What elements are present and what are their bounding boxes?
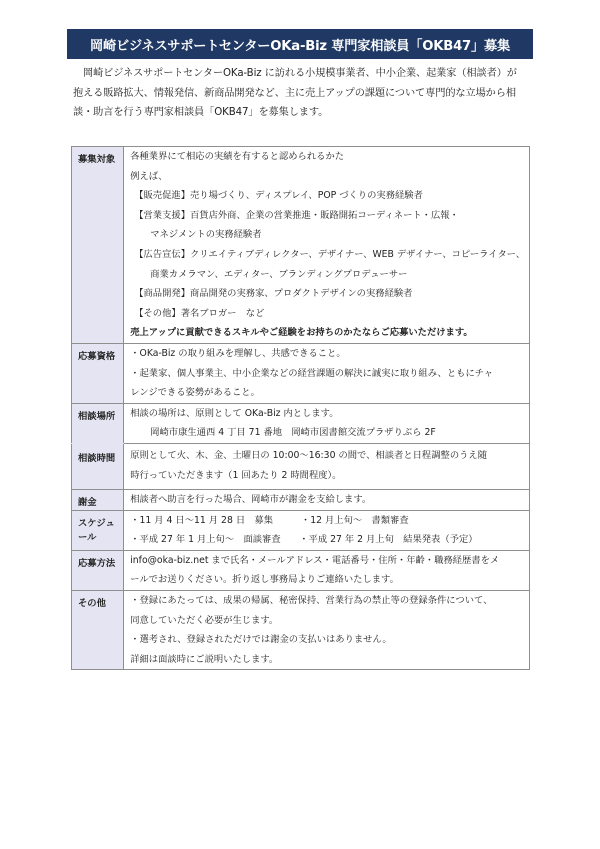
- content-line: 商業カメラマン、エディター、ブランディングプロデューサー: [130, 265, 525, 285]
- content-line: ・登録にあたっては、成果の帰属、秘密保持、営業行為の禁止等の登録条件について、: [130, 591, 525, 611]
- table-row-other: その他 ・登録にあたっては、成果の帰属、秘密保持、営業行為の禁止等の登録条件につ…: [72, 591, 530, 670]
- recruitment-table: 募集対象 各種業界にて相応の実績を有すると認められるかた 例えば、 【販売促進】…: [71, 146, 530, 670]
- content-line: 【営業支援】百貨店外商、企業の営業推進・販路開拓コーディネート・広報・: [130, 206, 525, 226]
- content-line: ・OKa-Biz の取り組みを理解し、共感できること。: [130, 344, 525, 364]
- row-content: 相談者へ助言を行った場合、岡崎市が謝金を支給します。: [124, 490, 530, 511]
- content-line: 原則として火、木、金、土曜日の 10:00～16:30 の間で、相談者と日程調整…: [130, 446, 525, 466]
- content-line: 時行っていただきます（1 回あたり 2 時間程度）。: [130, 466, 525, 486]
- table-row-hours: 相談時間 原則として火、木、金、土曜日の 10:00～16:30 の間で、相談者…: [72, 443, 530, 489]
- page-title: 岡崎ビジネスサポートセンターOKa-Biz 専門家相談員「OKB47」募集: [67, 29, 533, 59]
- content-line: 【その他】著名ブロガー など: [130, 304, 525, 324]
- row-label: 応募方法: [72, 550, 124, 590]
- row-label: 謝金: [72, 490, 124, 511]
- content-line: マネジメントの実務経験者: [130, 225, 525, 245]
- row-content: ・11 月 4 日～11 月 28 日 募集 ・12 月上旬～ 書類審査 ・平成…: [124, 510, 530, 550]
- content-line-email: info@oka-biz.net まで氏名・メールアドレス・電話番号・住所・年齢…: [130, 551, 525, 571]
- row-content: 各種業界にて相応の実績を有すると認められるかた 例えば、 【販売促進】売り場づく…: [124, 147, 530, 344]
- content-line: 相談の場所は、原則として OKa-Biz 内とします。: [130, 404, 525, 424]
- content-line: 【広告宣伝】クリエイティブディレクター、デザイナー、WEB デザイナー、コピーラ…: [130, 245, 525, 265]
- content-line: ールでお送りください。折り返し事務局よりご連絡いたします。: [130, 570, 525, 590]
- intro-line: 談・助言を行う専門家相談員「OKB47」を募集します。: [73, 103, 533, 123]
- content-line: ・選考され、登録されただけでは謝金の支払いはありません。: [130, 630, 525, 650]
- table-row-target: 募集対象 各種業界にて相応の実績を有すると認められるかた 例えば、 【販売促進】…: [72, 147, 530, 344]
- content-line: 岡崎市康生通西 4 丁目 71 番地 岡崎市図書館交流プラザりぶら 2F: [130, 423, 525, 443]
- table-row-location: 相談場所 相談の場所は、原則として OKa-Biz 内とします。 岡崎市康生通西…: [72, 403, 530, 443]
- row-label: 募集対象: [72, 147, 124, 344]
- table-row-qualification: 応募資格 ・OKa-Biz の取り組みを理解し、共感できること。 ・起業家、個人…: [72, 343, 530, 403]
- row-label: スケジュール: [72, 510, 124, 550]
- table-row-application-method: 応募方法 info@oka-biz.net まで氏名・メールアドレス・電話番号・…: [72, 550, 530, 590]
- content-line: レンジできる姿勢があること。: [130, 383, 525, 403]
- content-line: ・平成 27 年 1 月上旬～ 面談審査 ・平成 27 年 2 月上旬 結果発表…: [130, 530, 525, 550]
- table-row-fee: 謝金 相談者へ助言を行った場合、岡崎市が謝金を支給します。: [72, 490, 530, 511]
- intro-paragraph: 岡崎ビジネスサポートセンターOKa-Biz に訪れる小規模事業者、中小企業、起業…: [73, 64, 533, 123]
- row-label: 相談時間: [72, 443, 124, 489]
- content-line: 相談者へ助言を行った場合、岡崎市が謝金を支給します。: [130, 490, 525, 510]
- content-line: 【商品開発】商品開発の実務家、プロダクトデザインの実務経験者: [130, 284, 525, 304]
- row-content: ・登録にあたっては、成果の帰属、秘密保持、営業行為の禁止等の登録条件について、 …: [124, 591, 530, 670]
- content-line: ・11 月 4 日～11 月 28 日 募集 ・12 月上旬～ 書類審査: [130, 511, 525, 531]
- content-line-emphasis: 売上アップに貢献できるスキルやご経験をお持ちのかたならご応募いただけます。: [130, 323, 525, 343]
- content-line: 各種業界にて相応の実績を有すると認められるかた: [130, 147, 525, 167]
- intro-line: 岡崎ビジネスサポートセンターOKa-Biz に訪れる小規模事業者、中小企業、起業…: [73, 64, 533, 84]
- table-row-schedule: スケジュール ・11 月 4 日～11 月 28 日 募集 ・12 月上旬～ 書…: [72, 510, 530, 550]
- row-content: 相談の場所は、原則として OKa-Biz 内とします。 岡崎市康生通西 4 丁目…: [124, 403, 530, 443]
- content-line: 同意していただく必要が生じます。: [130, 611, 525, 631]
- content-line: 【販売促進】売り場づくり、ディスプレイ、POP づくりの実務経験者: [130, 186, 525, 206]
- row-label: その他: [72, 591, 124, 670]
- row-label: 応募資格: [72, 343, 124, 403]
- row-label: 相談場所: [72, 403, 124, 443]
- intro-line: 抱える販路拡大、情報発信、新商品開発など、主に売上アップの課題について専門的な立…: [73, 84, 533, 104]
- row-content: info@oka-biz.net まで氏名・メールアドレス・電話番号・住所・年齢…: [124, 550, 530, 590]
- content-line: 詳細は面談時にご説明いたします。: [130, 650, 525, 670]
- row-content: 原則として火、木、金、土曜日の 10:00～16:30 の間で、相談者と日程調整…: [124, 443, 530, 489]
- row-content: ・OKa-Biz の取り組みを理解し、共感できること。 ・起業家、個人事業主、中…: [124, 343, 530, 403]
- content-line: 例えば、: [130, 167, 525, 187]
- content-line: ・起業家、個人事業主、中小企業などの経営課題の解決に誠実に取り組み、ともにチャ: [130, 364, 525, 384]
